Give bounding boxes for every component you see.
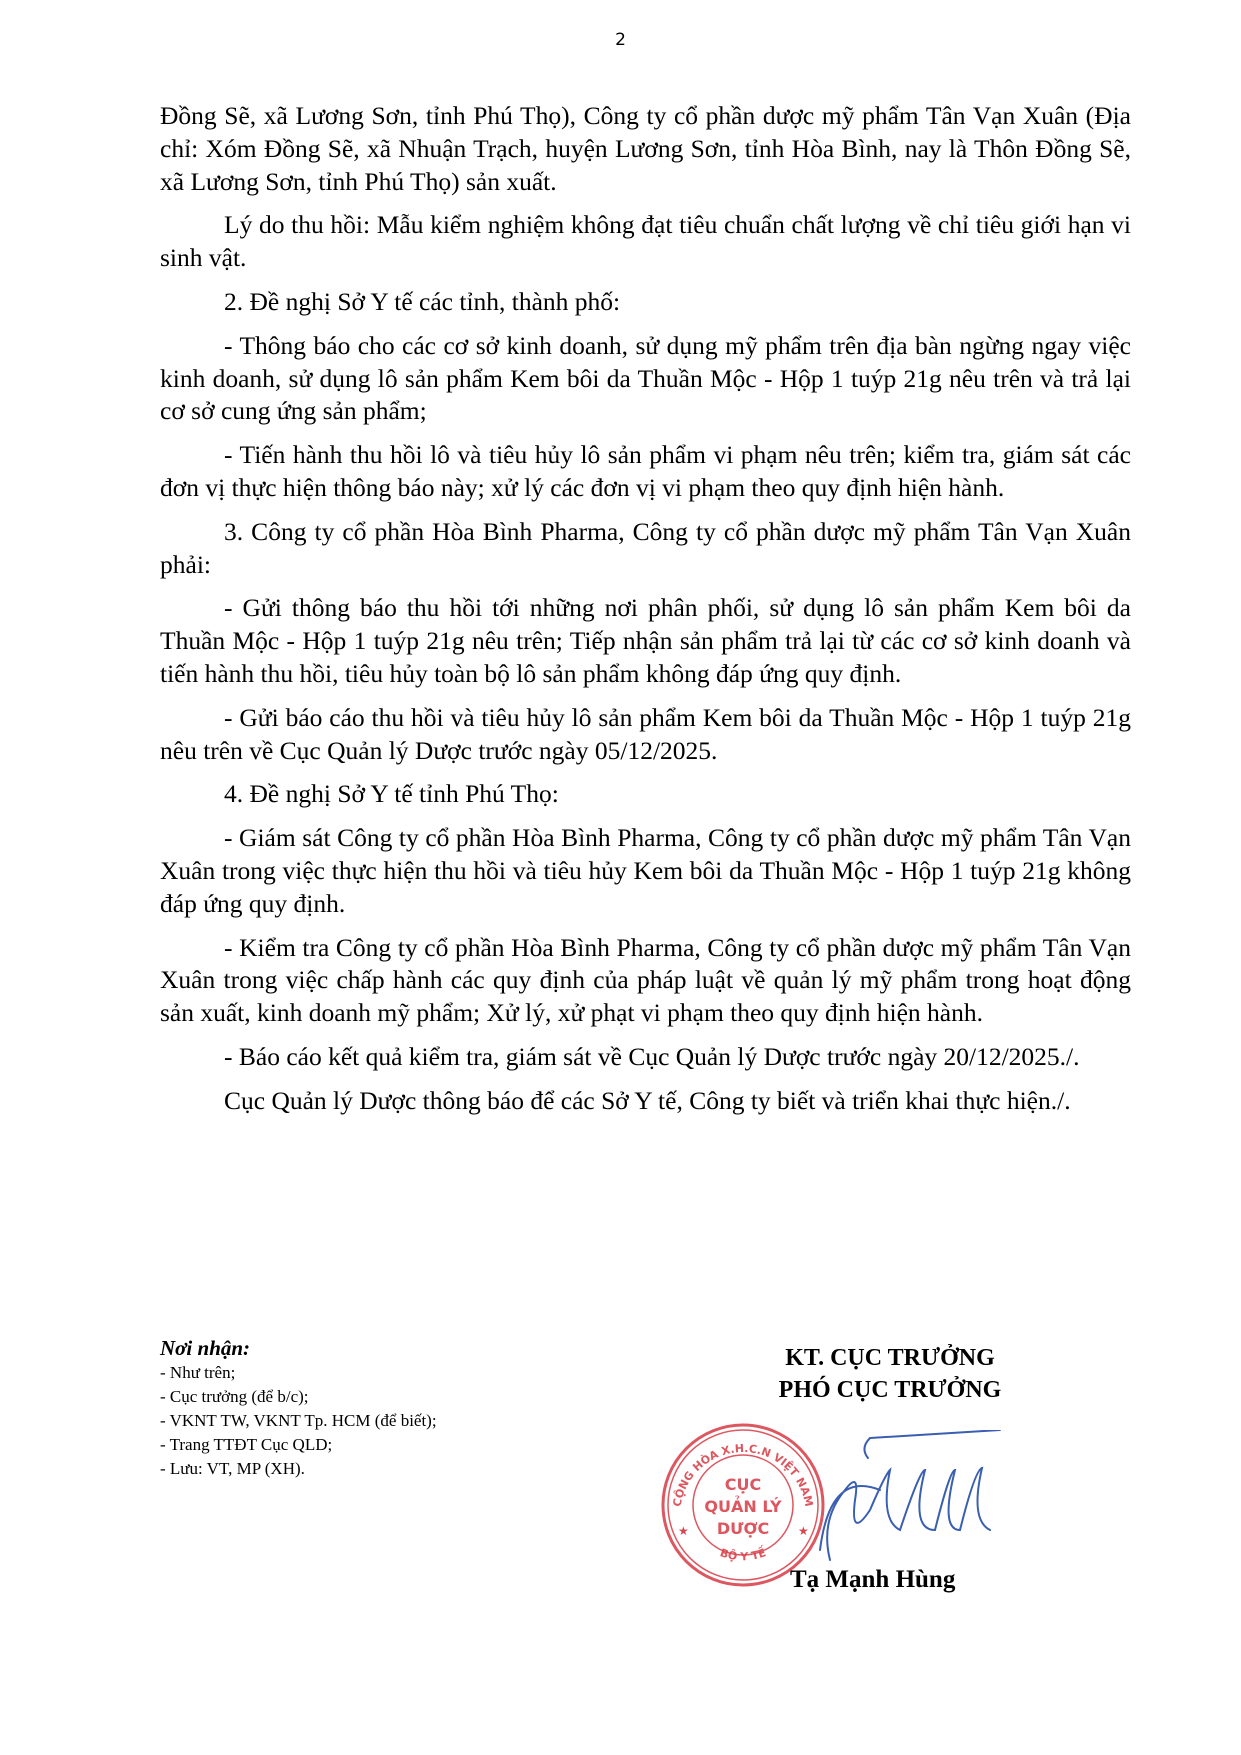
signer-title-line1: KT. CỤC TRƯỞNG (720, 1342, 1060, 1374)
section-3-item-2: - Gửi báo cáo thu hồi và tiêu hủy lô sản… (160, 702, 1131, 768)
section-4-heading: 4. Đề nghị Sở Y tế tỉnh Phú Thọ: (160, 778, 1131, 811)
section-3-item-1: - Gửi thông báo thu hồi tới những nơi ph… (160, 592, 1131, 690)
section-3-heading: 3. Công ty cổ phần Hòa Bình Pharma, Công… (160, 516, 1131, 582)
page-number: 2 (0, 30, 1241, 50)
paragraph-recall-reason: Lý do thu hồi: Mẫu kiểm nghiệm không đạt… (160, 209, 1131, 275)
signer-title-block: KT. CỤC TRƯỞNG PHÓ CỤC TRƯỞNG (720, 1342, 1060, 1406)
paragraph-continuation: Đồng Sẽ, xã Lương Sơn, tỉnh Phú Thọ), Cô… (160, 100, 1131, 198)
recipient-item: - Lưu: VT, MP (XH). (160, 1457, 437, 1481)
closing-paragraph: Cục Quản lý Dược thông báo để các Sở Y t… (160, 1085, 1131, 1118)
recipients-title: Nơi nhận: (160, 1335, 437, 1361)
recipient-item: - Trang TTĐT Cục QLD; (160, 1433, 437, 1457)
section-2-item-1: - Thông báo cho các cơ sở kinh doanh, sử… (160, 330, 1131, 428)
recipients-block: Nơi nhận: - Như trên; - Cục trưởng (để b… (160, 1335, 437, 1481)
section-4-item-2: - Kiểm tra Công ty cổ phần Hòa Bình Phar… (160, 932, 1131, 1030)
section-4-item-1: - Giám sát Công ty cổ phần Hòa Bình Phar… (160, 822, 1131, 920)
section-4-item-3: - Báo cáo kết quả kiểm tra, giám sát về … (160, 1041, 1131, 1074)
svg-text:CỤC: CỤC (725, 1475, 761, 1494)
svg-text:★: ★ (678, 1524, 689, 1538)
handwritten-signature-icon (760, 1430, 1010, 1570)
recipient-item: - VKNT TW, VKNT Tp. HCM (để biết); (160, 1409, 437, 1433)
recipient-item: - Cục trưởng (để b/c); (160, 1385, 437, 1409)
signer-name: Tạ Mạnh Hùng (790, 1566, 955, 1594)
signer-title-line2: PHÓ CỤC TRƯỞNG (720, 1374, 1060, 1406)
section-2-heading: 2. Đề nghị Sở Y tế các tỉnh, thành phố: (160, 286, 1131, 319)
document-body: Đồng Sẽ, xã Lương Sơn, tỉnh Phú Thọ), Cô… (160, 100, 1131, 1129)
section-2-item-2: - Tiến hành thu hồi lô và tiêu hủy lô sả… (160, 439, 1131, 505)
recipient-item: - Như trên; (160, 1361, 437, 1385)
